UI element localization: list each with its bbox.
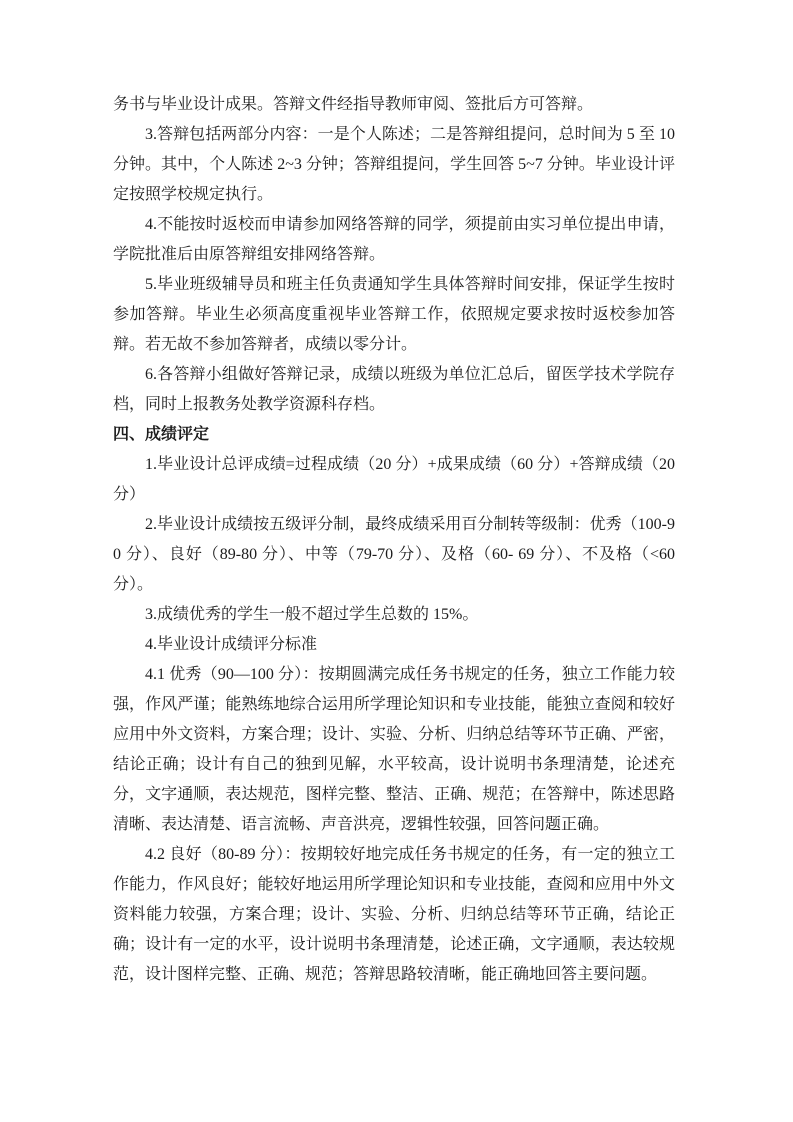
paragraph-continuation: 务书与毕业设计成果。答辩文件经指导教师审阅、签批后方可答辩。 — [113, 90, 675, 120]
document-page: 务书与毕业设计成果。答辩文件经指导教师审阅、签批后方可答辩。 3.答辩包括两部分… — [0, 0, 793, 1122]
paragraph-defense-records: 6.各答辩小组做好答辩记录，成绩以班级为单位汇总后，留医学技术学院存档，同时上报… — [113, 360, 675, 420]
paragraph-excellent-ratio: 3.成绩优秀的学生一般不超过学生总数的 15%。 — [113, 600, 675, 630]
paragraph-five-level-grading: 2.毕业设计成绩按五级评分制，最终成绩采用百分制转等级制：优秀（100-90 分… — [113, 510, 675, 600]
paragraph-criteria-excellent: 4.1 优秀（90—100 分）：按期圆满完成任务书规定的任务，独立工作能力较强… — [113, 660, 675, 840]
section-heading-grade-evaluation: 四、成绩评定 — [113, 420, 675, 450]
paragraph-criteria-good: 4.2 良好（80-89 分）：按期较好地完成任务书规定的任务，有一定的独立工作… — [113, 840, 675, 990]
paragraph-grading-criteria-title: 4.毕业设计成绩评分标准 — [113, 630, 675, 660]
paragraph-online-defense: 4.不能按时返校而申请参加网络答辩的同学，须提前由实习单位提出申请，学院批准后由… — [113, 210, 675, 270]
paragraph-defense-content: 3.答辩包括两部分内容：一是个人陈述；二是答辩组提问，总时间为 5 至 10 分… — [113, 120, 675, 210]
paragraph-total-grade-formula: 1.毕业设计总评成绩=过程成绩（20 分）+成果成绩（60 分）+答辩成绩（20… — [113, 450, 675, 510]
paragraph-defense-notification: 5.毕业班级辅导员和班主任负责通知学生具体答辩时间安排，保证学生按时参加答辩。毕… — [113, 270, 675, 360]
